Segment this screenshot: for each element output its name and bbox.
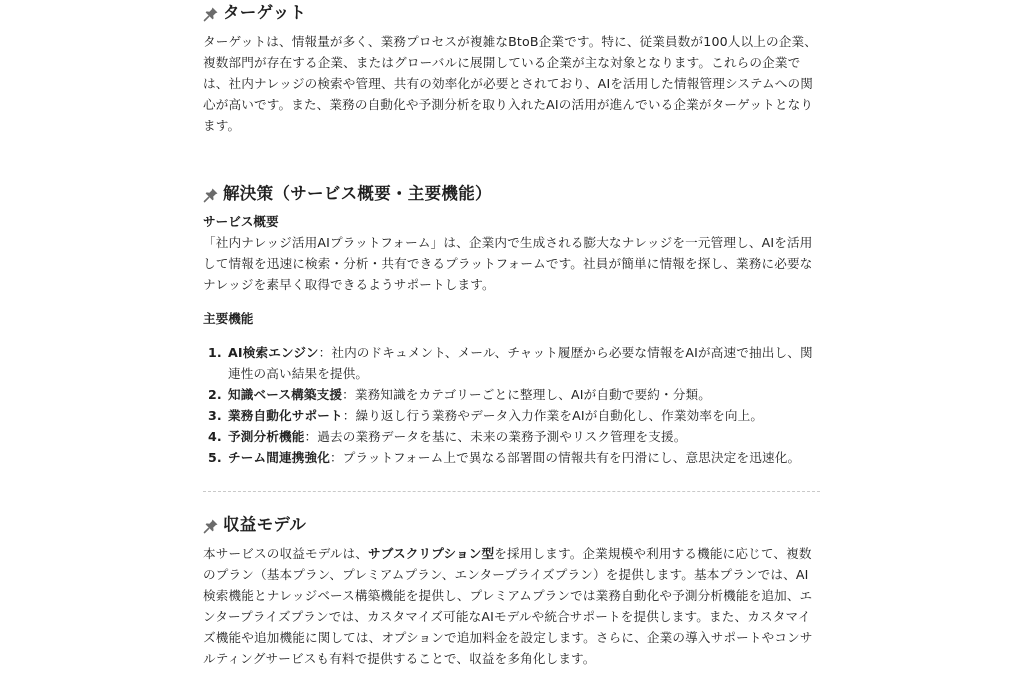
feature-description: ：プラットフォーム上で異なる部署間の情報共有を円滑にし、意思決定を迅速化。 xyxy=(330,450,800,465)
section-divider xyxy=(203,491,820,492)
section-solution: 解決策（サービス概要・主要機能） サービス概要 「社内ナレッジ活用AIプラットフ… xyxy=(203,182,820,468)
key-features-list: 1.AI検索エンジン：社内のドキュメント、メール、チャット履歴から必要な情報をA… xyxy=(203,342,820,468)
pushpin-icon xyxy=(203,5,219,21)
section-revenue: 収益モデル 本サービスの収益モデルは、サブスクリプション型を採用します。企業規模… xyxy=(203,513,820,669)
subscription-model-emphasis: サブスクリプション型 xyxy=(368,546,494,561)
document-body: ターゲット ターゲットは、情報量が多く、業務プロセスが複雑なBtoB企業です。特… xyxy=(203,0,820,669)
service-overview-description: 「社内ナレッジ活用AIプラットフォーム」は、企業内で生成される膨大なナレッジを一… xyxy=(203,232,820,295)
section-target: ターゲット ターゲットは、情報量が多く、業務プロセスが複雑なBtoB企業です。特… xyxy=(203,1,820,136)
feature-item: 3.業務自動化サポート：繰り返し行う業務やデータ入力作業をAIが自動化し、作業効… xyxy=(203,405,820,426)
feature-name: 知識ベース構築支援 xyxy=(228,387,342,402)
feature-item: 1.AI検索エンジン：社内のドキュメント、メール、チャット履歴から必要な情報をA… xyxy=(203,342,820,384)
feature-name: 予測分析機能 xyxy=(228,429,304,444)
pushpin-icon xyxy=(203,186,219,202)
feature-name: 業務自動化サポート xyxy=(228,408,343,423)
feature-description: ：繰り返し行う業務やデータ入力作業をAIが自動化し、作業効率を向上。 xyxy=(343,408,763,423)
feature-description: ：過去の業務データを基に、未来の業務予測やリスク管理を支援。 xyxy=(304,429,686,444)
section-heading-revenue: 収益モデル xyxy=(203,513,820,537)
pushpin-icon xyxy=(203,517,219,533)
feature-name: チーム間連携強化 xyxy=(228,450,330,465)
revenue-description: 本サービスの収益モデルは、サブスクリプション型を採用します。企業規模や利用する機… xyxy=(203,543,820,669)
section-title: ターゲット xyxy=(223,1,306,25)
section-heading-target: ターゲット xyxy=(203,1,820,25)
feature-item: 2.知識ベース構築支援：業務知識をカテゴリーごとに整理し、AIが自動で要約・分類… xyxy=(203,384,820,405)
key-features-label: 主要機能 xyxy=(203,308,820,329)
target-description: ターゲットは、情報量が多く、業務プロセスが複雑なBtoB企業です。特に、従業員数… xyxy=(203,31,820,136)
feature-item: 4.予測分析機能：過去の業務データを基に、未来の業務予測やリスク管理を支援。 xyxy=(203,426,820,447)
service-overview-label: サービス概要 xyxy=(203,211,820,232)
section-title: 解決策（サービス概要・主要機能） xyxy=(223,182,492,206)
feature-item: 5.チーム間連携強化：プラットフォーム上で異なる部署間の情報共有を円滑にし、意思… xyxy=(203,447,820,468)
feature-name: AI検索エンジン xyxy=(228,345,319,360)
feature-description: ：業務知識をカテゴリーごとに整理し、AIが自動で要約・分類。 xyxy=(342,387,711,402)
section-title: 収益モデル xyxy=(223,513,306,537)
section-heading-solution: 解決策（サービス概要・主要機能） xyxy=(203,182,820,206)
